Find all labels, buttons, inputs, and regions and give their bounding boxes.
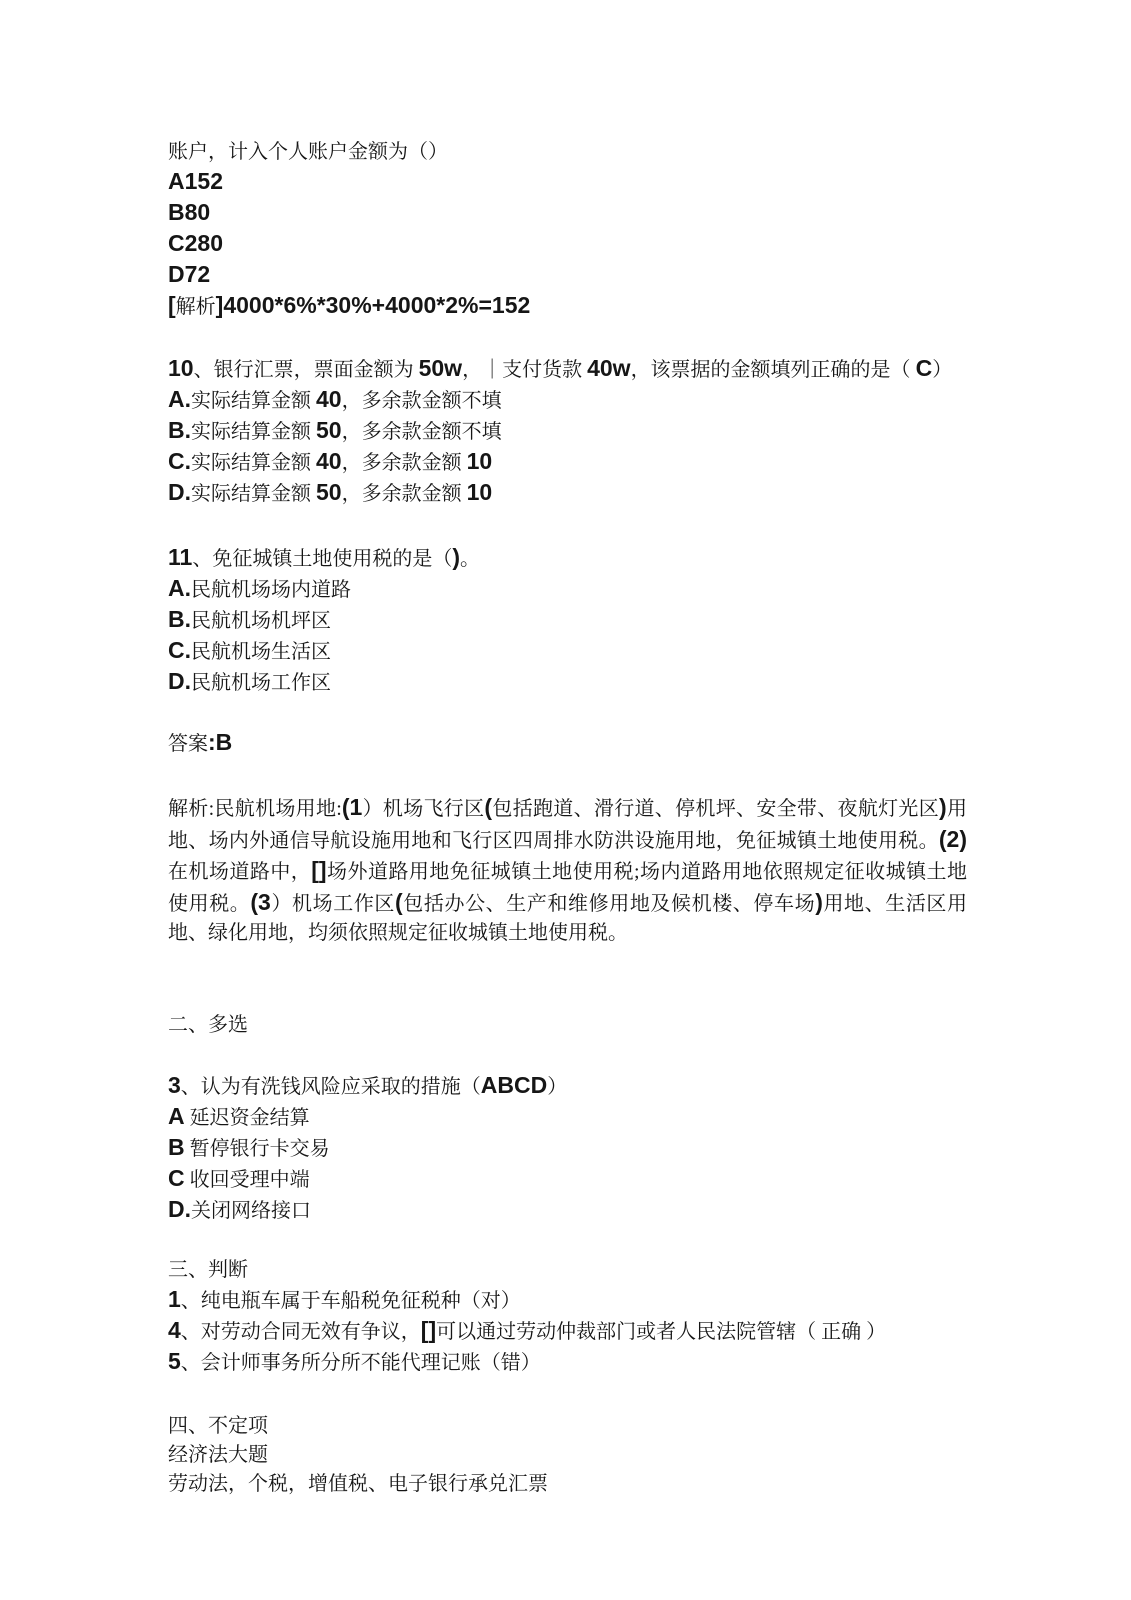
bold-text: (1 [342,794,362,820]
bold-text: ) [815,889,823,915]
bold-text: 10 [467,448,493,474]
text-line: D.关闭网络接口 [168,1195,967,1226]
section-judgment-block: 三、判断1、纯电瓶车属于车船税免征税种（对）4、对劳动合同无效有争议，[]可以通… [168,1256,967,1378]
bold-text: 40 [316,448,342,474]
bold-text: (2) [939,826,967,852]
regular-text: 解析:民航机场用地: [168,798,342,820]
text-line: A 延迟资金结算 [168,1102,967,1133]
regular-text: 暂停银行卡交易 [185,1138,330,1160]
regular-text: 。 [460,548,480,570]
text-line: B.实际结算金额 50，多余款金额不填 [168,416,967,447]
regular-text: ） [547,1076,567,1098]
bold-text: 40 [316,386,342,412]
bold-text: 50w [419,355,462,381]
text-line: A152 [168,167,967,198]
regular-text: 民航机场工作区 [191,672,331,694]
regular-text: 解析 [176,296,216,318]
bold-text: :B [208,729,232,755]
regular-text: 可以通过劳动仲裁部门或者人民法院管辖（ 正确 ） [436,1321,886,1343]
bold-text: C. [168,448,191,474]
regular-text: 实际结算金额 [191,390,316,412]
question-11-block: 11、免征城镇土地使用税的是（)。A.民航机场场内道路B.民航机场机坪区C.民航… [168,543,967,698]
bold-text: ]4000*6%*30%+4000*2%=152 [216,292,531,318]
regular-text: 在机场道路中， [168,861,311,883]
regular-text: 包括办公、生产和维修用地及候机楼、停车场 [403,893,816,915]
bold-text: C [168,1165,185,1191]
section-header-multiple-choice: 二、多选 [168,1011,967,1040]
bold-text: A [168,1103,185,1129]
text-line: A.民航机场场内道路 [168,574,967,605]
question-11-answer-line: 答案:B [168,728,967,759]
bold-text: [] [421,1317,436,1343]
text-line: 4、对劳动合同无效有争议，[]可以通过劳动仲裁部门或者人民法院管辖（ 正确 ） [168,1316,967,1347]
bold-text: D72 [168,261,210,287]
bold-text: B. [168,606,191,632]
bold-text: 4 [168,1317,181,1343]
regular-text: ，多余款金额 [342,483,467,505]
question-11-analysis-paragraph: 解析:民航机场用地:(1）机场飞行区(包括跑道、滑行道、停机坪、安全带、夜航灯光… [168,793,967,949]
regular-text: ，该票据的金额填列正确的是（ [631,359,916,381]
bold-text: 50 [316,417,342,443]
regular-text: 账户，计入个人账户金额为（） [168,141,448,163]
text-line: B.民航机场机坪区 [168,605,967,636]
bold-text: ) [452,544,460,570]
text-line: D72 [168,260,967,291]
regular-text: 、会计师事务所分所不能代理记账（错） [181,1352,541,1374]
regular-text: ）机场飞行区 [362,798,484,820]
bold-text: C [916,355,933,381]
text-line: 10、银行汇票，票面金额为 50w，｜支付货款 40w，该票据的金额填列正确的是… [168,354,967,385]
question-10-block: 10、银行汇票，票面金额为 50w，｜支付货款 40w，该票据的金额填列正确的是… [168,354,967,509]
regular-text: 实际结算金额 [191,483,316,505]
regular-text: ） [932,359,952,381]
section-indefinite-items-block: 四、不定项经济法大题劳动法，个税，增值税、电子银行承兑汇票 [168,1412,967,1499]
text-line: A.实际结算金额 40，多余款金额不填 [168,385,967,416]
text-line: 1、纯电瓶车属于车船税免征税种（对） [168,1285,967,1316]
bold-text: C. [168,637,191,663]
bold-text: A. [168,575,191,601]
text-line: 经济法大题 [168,1441,967,1470]
regular-text: 延迟资金结算 [185,1107,310,1129]
bold-text: 3 [168,1072,181,1098]
bold-text: D. [168,668,191,694]
regular-text: ）机场工作区 [271,893,395,915]
bold-text: B80 [168,199,210,225]
bold-text: B. [168,417,191,443]
document-page: 账户，计入个人账户金额为（）A152B80C280D72[解析]4000*6%*… [0,0,1131,1600]
bold-text: B [168,1134,185,1160]
regular-text: 关闭网络接口 [191,1200,311,1222]
regular-text: 答案 [168,733,208,755]
bold-text: [ [168,292,176,318]
text-line: 3、认为有洗钱风险应采取的措施（ABCD） [168,1071,967,1102]
regular-text: 收回受理中端 [185,1169,310,1191]
bold-text: 11 [168,544,192,570]
text-line: D.实际结算金额 50，多余款金额 10 [168,478,967,509]
bold-text: A. [168,386,191,412]
text-line: C.民航机场生活区 [168,636,967,667]
text-line: 5、会计师事务所分所不能代理记账（错） [168,1347,967,1378]
text-line: [解析]4000*6%*30%+4000*2%=152 [168,291,967,322]
text-line: C280 [168,229,967,260]
text-line: 11、免征城镇土地使用税的是（)。 [168,543,967,574]
text-line: B80 [168,198,967,229]
regular-text: 劳动法，个税，增值税、电子银行承兑汇票 [168,1473,548,1495]
regular-text: ，多余款金额不填 [342,390,502,412]
bold-text: C280 [168,230,223,256]
bold-text: 10 [467,479,493,505]
text-line: 二、多选 [168,1011,967,1040]
bold-text: 1 [168,1286,181,1312]
bold-text: [] [311,857,326,883]
regular-text: 经济法大题 [168,1444,268,1466]
regular-text: ，多余款金额 [342,452,467,474]
bold-text: D. [168,479,191,505]
regular-text: 三、判断 [168,1259,248,1281]
regular-text: ，多余款金额不填 [342,421,502,443]
regular-text: 包括跑道、滑行道、停机坪、安全带、夜航灯光区 [492,798,939,820]
regular-text: 、纯电瓶车属于车船税免征税种（对） [181,1290,521,1312]
regular-text: 民航机场生活区 [191,641,331,663]
regular-text: 、银行汇票，票面金额为 [194,359,419,381]
text-line: C.实际结算金额 40，多余款金额 10 [168,447,967,478]
bold-text: ( [484,794,492,820]
bold-text: ( [395,889,403,915]
bold-text: 50 [316,479,342,505]
text-line: D.民航机场工作区 [168,667,967,698]
regular-text: 、免征城镇土地使用税的是（ [192,548,452,570]
text-line: 三、判断 [168,1256,967,1285]
regular-text: 、对劳动合同无效有争议， [181,1321,421,1343]
regular-text: 、认为有洗钱风险应采取的措施（ [181,1076,481,1098]
bold-text: 5 [168,1348,181,1374]
regular-text: 民航机场机坪区 [191,610,331,632]
regular-text: 二、多选 [168,1014,248,1036]
regular-text: ，｜支付货款 [462,359,587,381]
bold-text: A152 [168,168,223,194]
text-line: C 收回受理中端 [168,1164,967,1195]
bold-text: 40w [587,355,630,381]
text-line: 账户，计入个人账户金额为（） [168,138,967,167]
text-line: 解析:民航机场用地:(1）机场飞行区(包括跑道、滑行道、停机坪、安全带、夜航灯光… [168,793,967,949]
bold-text: ) [939,794,947,820]
text-line: 四、不定项 [168,1412,967,1441]
question-3-multiple-block: 3、认为有洗钱风险应采取的措施（ABCD）A 延迟资金结算B 暂停银行卡交易C … [168,1071,967,1226]
bold-text: 10 [168,355,194,381]
bold-text: ABCD [481,1072,547,1098]
regular-text: 实际结算金额 [191,421,316,443]
regular-text: 四、不定项 [168,1415,268,1437]
bold-text: D. [168,1196,191,1222]
regular-text: 民航机场场内道路 [191,579,351,601]
text-line: B 暂停银行卡交易 [168,1133,967,1164]
regular-text: 实际结算金额 [191,452,316,474]
bold-text: (3 [250,889,270,915]
text-line: 答案:B [168,728,967,759]
question-9-continuation: 账户，计入个人账户金额为（）A152B80C280D72[解析]4000*6%*… [168,138,967,322]
text-line: 劳动法，个税，增值税、电子银行承兑汇票 [168,1470,967,1499]
